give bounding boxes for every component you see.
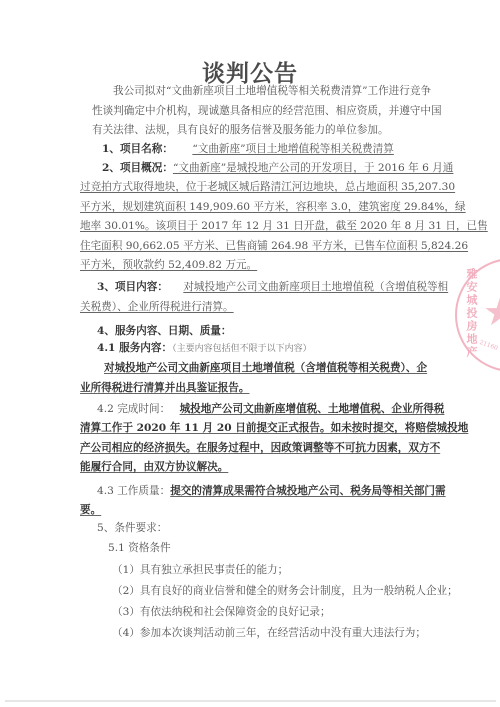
s42-line-1: 城投地产公司文曲新座增值税、土地增值税、企业所得税 xyxy=(174,403,445,415)
document-page: 谈判公告 我公司拟对“文曲新座项目土地增值税等相关税费清算”工作进行竞争 性谈判… xyxy=(0,0,500,707)
item2-label: 2、项目概况： xyxy=(102,162,173,174)
item4-label: 4、服务内容、日期、质量： xyxy=(97,324,429,338)
item2-line-4: 地率 30.01%。该项目于 2017 年 12 月 31 日开盘，截至 202… xyxy=(80,219,412,233)
stamp-text: 雅安城投房地产 xyxy=(463,268,479,359)
condition-2: （2）具有良好的商业信誉和健全的财务会计制度，且为一般纳税人企业； xyxy=(112,584,444,598)
item3-line-1: 对城投地产公司文曲新座项目土地增值税（含增值税等相 xyxy=(171,281,448,293)
company-seal-stamp: 雅安城投房地产 ★ 21160 xyxy=(455,258,500,372)
item2-row: 2、项目概况：“文曲新座”是城投地产公司的开发项目，于 2016 年 6 月通 xyxy=(102,161,434,175)
item2-line-3: 平方米，规划建筑面积 149,909.60 平方米，容积率 3.0，建筑密度 2… xyxy=(80,200,412,214)
s41-label: 4.1 服务内容： xyxy=(97,342,172,354)
intro-line-2: 性谈判确定中介机构，现诚邀具备相应的经营范围、相应资质，并遵守中国 xyxy=(92,104,424,118)
intro-line-3: 有关法律、法规，具有良好的服务信誉及服务能力的单位参加。 xyxy=(92,123,424,137)
stamp-serial: 21160 xyxy=(478,339,498,352)
s42-line-2: 清算工作于 2020 年 11 月 20 日前提交正式报告。如未按时提交，将赔偿… xyxy=(80,421,412,435)
page-bottom-edge xyxy=(5,700,496,702)
item1-value: “文曲新座”项目土地增值税等相关税费清算 xyxy=(176,143,404,155)
s43-line-1: 提交的清算成果需符合城投地产公司、税务局等相关部门需 xyxy=(170,485,445,497)
s42-line-4: 能履行合同，由双方协议解决。 xyxy=(80,460,412,474)
item3-line-2: 关税费）、企业所得税进行清算。 xyxy=(80,300,412,314)
item5-label: 5、条件要求： xyxy=(97,521,429,535)
s41-line-1: 对城投地产公司文曲新座项目土地增值税（含增值税等相关税费）、企 xyxy=(104,361,436,375)
item3-row: 3、项目内容： 对城投地产公司文曲新座项目土地增值税（含增值税等相 xyxy=(97,280,429,294)
condition-1: （1）具有独立承担民事责任的能力； xyxy=(112,563,444,577)
item1-label: 1、项目名称： xyxy=(102,143,173,155)
s41-note: （主要内容包括但不限于以下内容） xyxy=(172,344,312,354)
item1-row: 1、项目名称： “文曲新座”项目土地增值税等相关税费清算 xyxy=(102,142,434,156)
item2-line-1: “文曲新座”是城投地产公司的开发项目，于 2016 年 6 月通 xyxy=(173,162,453,174)
star-icon: ★ xyxy=(483,290,500,334)
s41-row: 4.1 服务内容：（主要内容包括但不限于以下内容） xyxy=(97,341,429,356)
condition-4: （4）参加本次谈判活动前三年，在经营活动中没有重大违法行为； xyxy=(112,626,444,640)
s43-line-2: 要。 xyxy=(80,503,412,517)
s51-label: 5.1 资格条件 xyxy=(108,541,440,555)
item2-line-5: 住宅面积 90,662.05 平方米、已售商铺 264.98 平方米，已售车位面… xyxy=(80,239,412,253)
item3-label: 3、项目内容： xyxy=(97,281,168,293)
condition-3: （3）有依法纳税和社会保障资金的良好记录； xyxy=(112,605,444,619)
s43-row: 4.3 工作质量：提交的清算成果需符合城投地产公司、税务局等相关部门需 xyxy=(97,484,429,498)
intro-line-1: 我公司拟对“文曲新座项目土地增值税等相关税费清算”工作进行竞争 xyxy=(92,84,424,98)
s42-label: 4.2 完成时间： xyxy=(97,403,170,415)
item2-line-2: 过竞拍方式取得地块，位于老城区城后路清江河边地块，总占地面积 35,207.30 xyxy=(80,180,412,194)
s41-line-2: 业所得税进行清算并出具鉴证报告。 xyxy=(80,381,412,395)
item2-line-6: 平方米，预收款约 52,409.82 万元。 xyxy=(80,258,412,272)
s42-line-3: 产公司相应的经济损失。在服务过程中，因政策调整等不可抗力因素，双方不 xyxy=(80,441,412,455)
s43-label: 4.3 工作质量： xyxy=(97,485,170,497)
s42-row: 4.2 完成时间： 城投地产公司文曲新座增值税、土地增值税、企业所得税 xyxy=(97,402,429,416)
